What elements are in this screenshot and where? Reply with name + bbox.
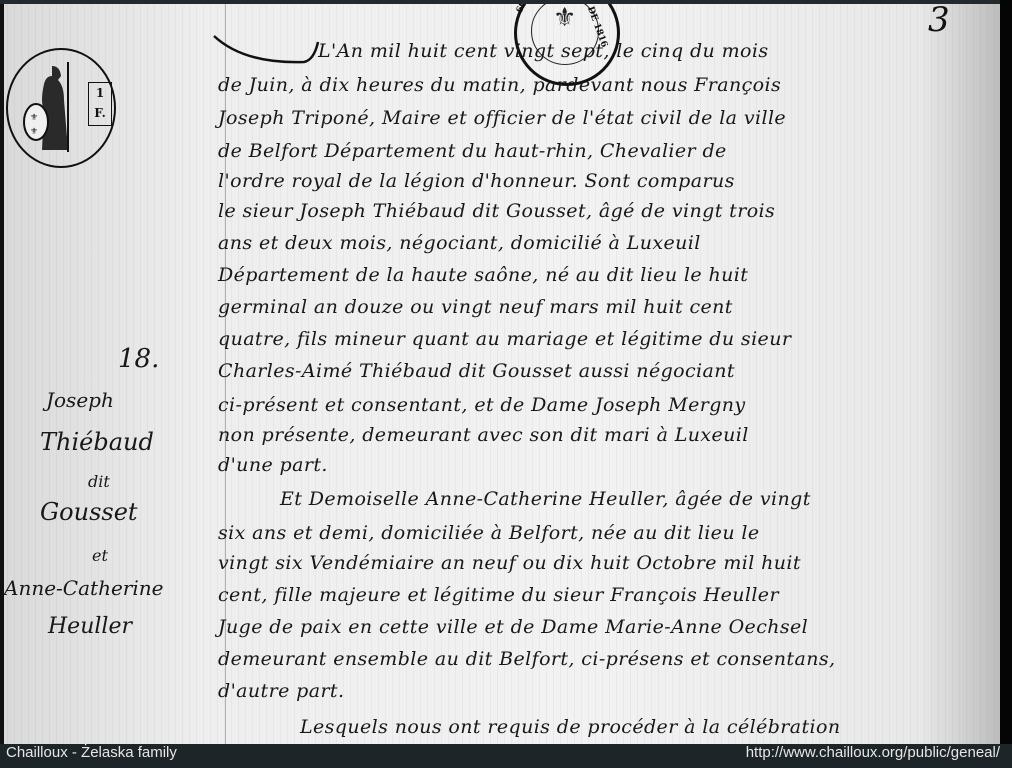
body-line: le sieur Joseph Thiébaud dit Gousset, âg…: [218, 200, 775, 222]
margin-groom-surname: Thiébaud: [40, 428, 154, 456]
scanned-document-page: ⚜ ⚜ 1 F. ⚜ 60 C. EN SUS LOI DE 1816 3 18…: [0, 4, 1000, 744]
body-line: Joseph Triponé, Maire et officier de l'é…: [218, 107, 786, 129]
margin-dit: dit: [88, 472, 110, 491]
caption-family-name: Chailloux - Żelaska family: [6, 744, 177, 762]
margin-groom-alias: Gousset: [40, 498, 138, 526]
fleur-de-lis-icon: ⚜: [553, 4, 576, 33]
margin-bride-first-name: Anne-Catherine: [4, 576, 163, 600]
body-line: Et Demoiselle Anne-Catherine Heuller, âg…: [280, 488, 811, 510]
margin-et: et: [92, 546, 108, 565]
minerva-figure-icon: ⚜ ⚜: [22, 60, 82, 156]
revenue-stamp: ⚜ ⚜ 1 F.: [6, 48, 116, 168]
body-line: d'autre part.: [218, 680, 344, 702]
page-right-shadow: [1000, 0, 1012, 744]
body-line: de Juin, à dix heures du matin, pardevan…: [218, 74, 781, 96]
body-line: vingt six Vendémiaire an neuf ou dix hui…: [218, 552, 801, 574]
caption-url[interactable]: http://www.chailloux.org/public/geneal/: [746, 744, 1000, 762]
corner-page-mark: 3: [928, 4, 950, 40]
body-line: l'ordre royal de la légion d'honneur. So…: [218, 170, 735, 192]
stamp-value: 1 F.: [88, 82, 112, 126]
body-line: de Belfort Département du haut-rhin, Che…: [218, 140, 727, 162]
body-line: non présente, demeurant avec son dit mar…: [218, 424, 749, 446]
body-line: Juge de paix en cette ville et de Dame M…: [218, 616, 808, 638]
entry-number: 18.: [118, 344, 159, 374]
body-line: germinal an douze ou vingt neuf mars mil…: [218, 296, 733, 318]
body-line: cent, fille majeure et légitime du sieur…: [218, 584, 779, 606]
margin-groom-first-name: Joseph: [46, 388, 114, 412]
body-line: Lesquels nous ont requis de procéder à l…: [300, 716, 841, 738]
body-line: Charles-Aimé Thiébaud dit Gousset aussi …: [218, 360, 735, 382]
svg-text:⚜: ⚜: [30, 113, 38, 123]
caption-bar: Chailloux - Żelaska family http://www.ch…: [0, 744, 1012, 768]
body-line: Département de la haute saône, né au dit…: [218, 264, 748, 286]
body-line: L'An mil huit cent vingt sept, le cinq d…: [318, 40, 768, 62]
body-line: quatre, fils mineur quant au mariage et …: [218, 328, 791, 350]
margin-bride-surname: Heuller: [48, 614, 132, 639]
svg-text:⚜: ⚜: [30, 127, 38, 137]
body-line: d'une part.: [218, 454, 328, 476]
body-line: ci-présent et consentant, et de Dame Jos…: [218, 394, 746, 416]
body-line: six ans et demi, domiciliée à Belfort, n…: [218, 522, 760, 544]
body-line: ans et deux mois, négociant, domicilié à…: [218, 232, 701, 254]
body-line: demeurant ensemble au dit Belfort, ci-pr…: [218, 648, 835, 670]
page-left-edge: [0, 4, 4, 744]
opening-flourish-icon: [210, 30, 330, 70]
